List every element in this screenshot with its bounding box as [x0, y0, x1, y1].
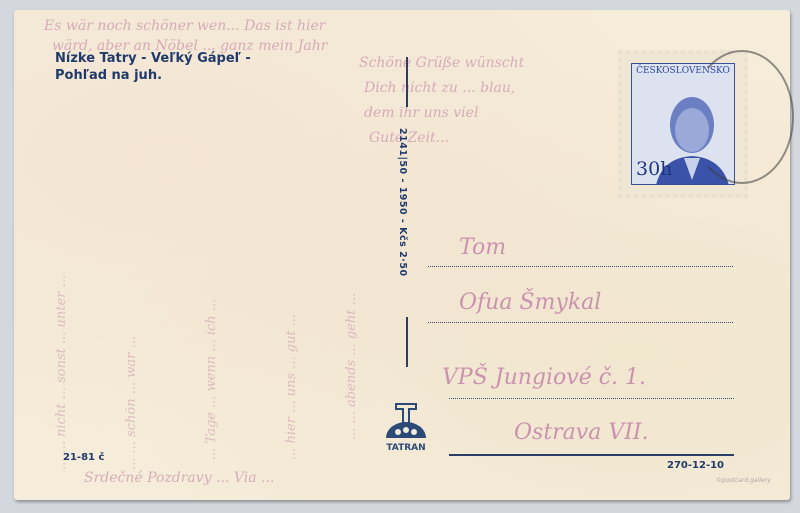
caption-line-1: Nízke Tatry - Veľký Gápeľ - — [55, 50, 251, 67]
postcard-back: Es wär noch schöner wen... Das ist hier … — [14, 10, 790, 500]
caption-line-2: Pohľad na juh. — [55, 67, 251, 84]
catalog-code: 21-81 č — [63, 452, 104, 463]
postcard-caption: Nízke Tatry - Veľký Gápeľ - Pohľad na ju… — [55, 50, 251, 84]
handwritten-message-line-1: Es wär noch schöner wen... Das ist hier — [44, 18, 326, 34]
address-line-4 — [449, 454, 734, 456]
handwritten-vertical-3: ... Tage ... wenn ... ich ... — [204, 90, 219, 460]
handwritten-right-line-1: Schöne Grüße wünscht — [359, 55, 524, 71]
address-line-1 — [428, 266, 733, 267]
handwritten-right-line-3: dem ihr uns viel — [364, 105, 478, 121]
divider-top — [406, 57, 408, 107]
handwritten-signature: Srdečné Pozdravy ... Via ... — [84, 470, 274, 486]
handwritten-right-line-4: Gute Zeit... — [369, 130, 449, 146]
address-line-3 — [449, 398, 734, 399]
postmark — [690, 50, 794, 184]
divider-bottom — [406, 317, 408, 367]
address-name: Tom — [459, 235, 506, 260]
address-street: VPŠ Jungiové č. 1. — [442, 365, 646, 390]
tatran-logo-icon: TATRAN — [378, 402, 434, 454]
svg-text:TATRAN: TATRAN — [386, 443, 425, 453]
watermark: ©postcard.gallery — [716, 477, 771, 484]
handwritten-vertical-5: ... ... abends ... geht ... — [344, 70, 359, 440]
address-line-2 — [428, 322, 733, 323]
address-city: Ostrava VII. — [514, 420, 649, 445]
handwritten-vertical-2: ... ... schön ... war ... — [124, 100, 139, 470]
print-info: 2141|50 - 1950 - Kčs 2·50 — [397, 128, 408, 277]
handwritten-vertical-4: ... hier ... uns ... gut ... — [284, 90, 299, 460]
handwritten-right-line-2: Dich nicht zu ... blau, — [364, 80, 515, 96]
stamp-value: 30h — [636, 158, 672, 180]
address-recipient: Ofua Šmykal — [459, 290, 601, 315]
print-code: 270-12-10 — [667, 460, 724, 471]
handwritten-vertical-1: ... ... nicht ... sonst ... unter ... — [54, 100, 69, 470]
